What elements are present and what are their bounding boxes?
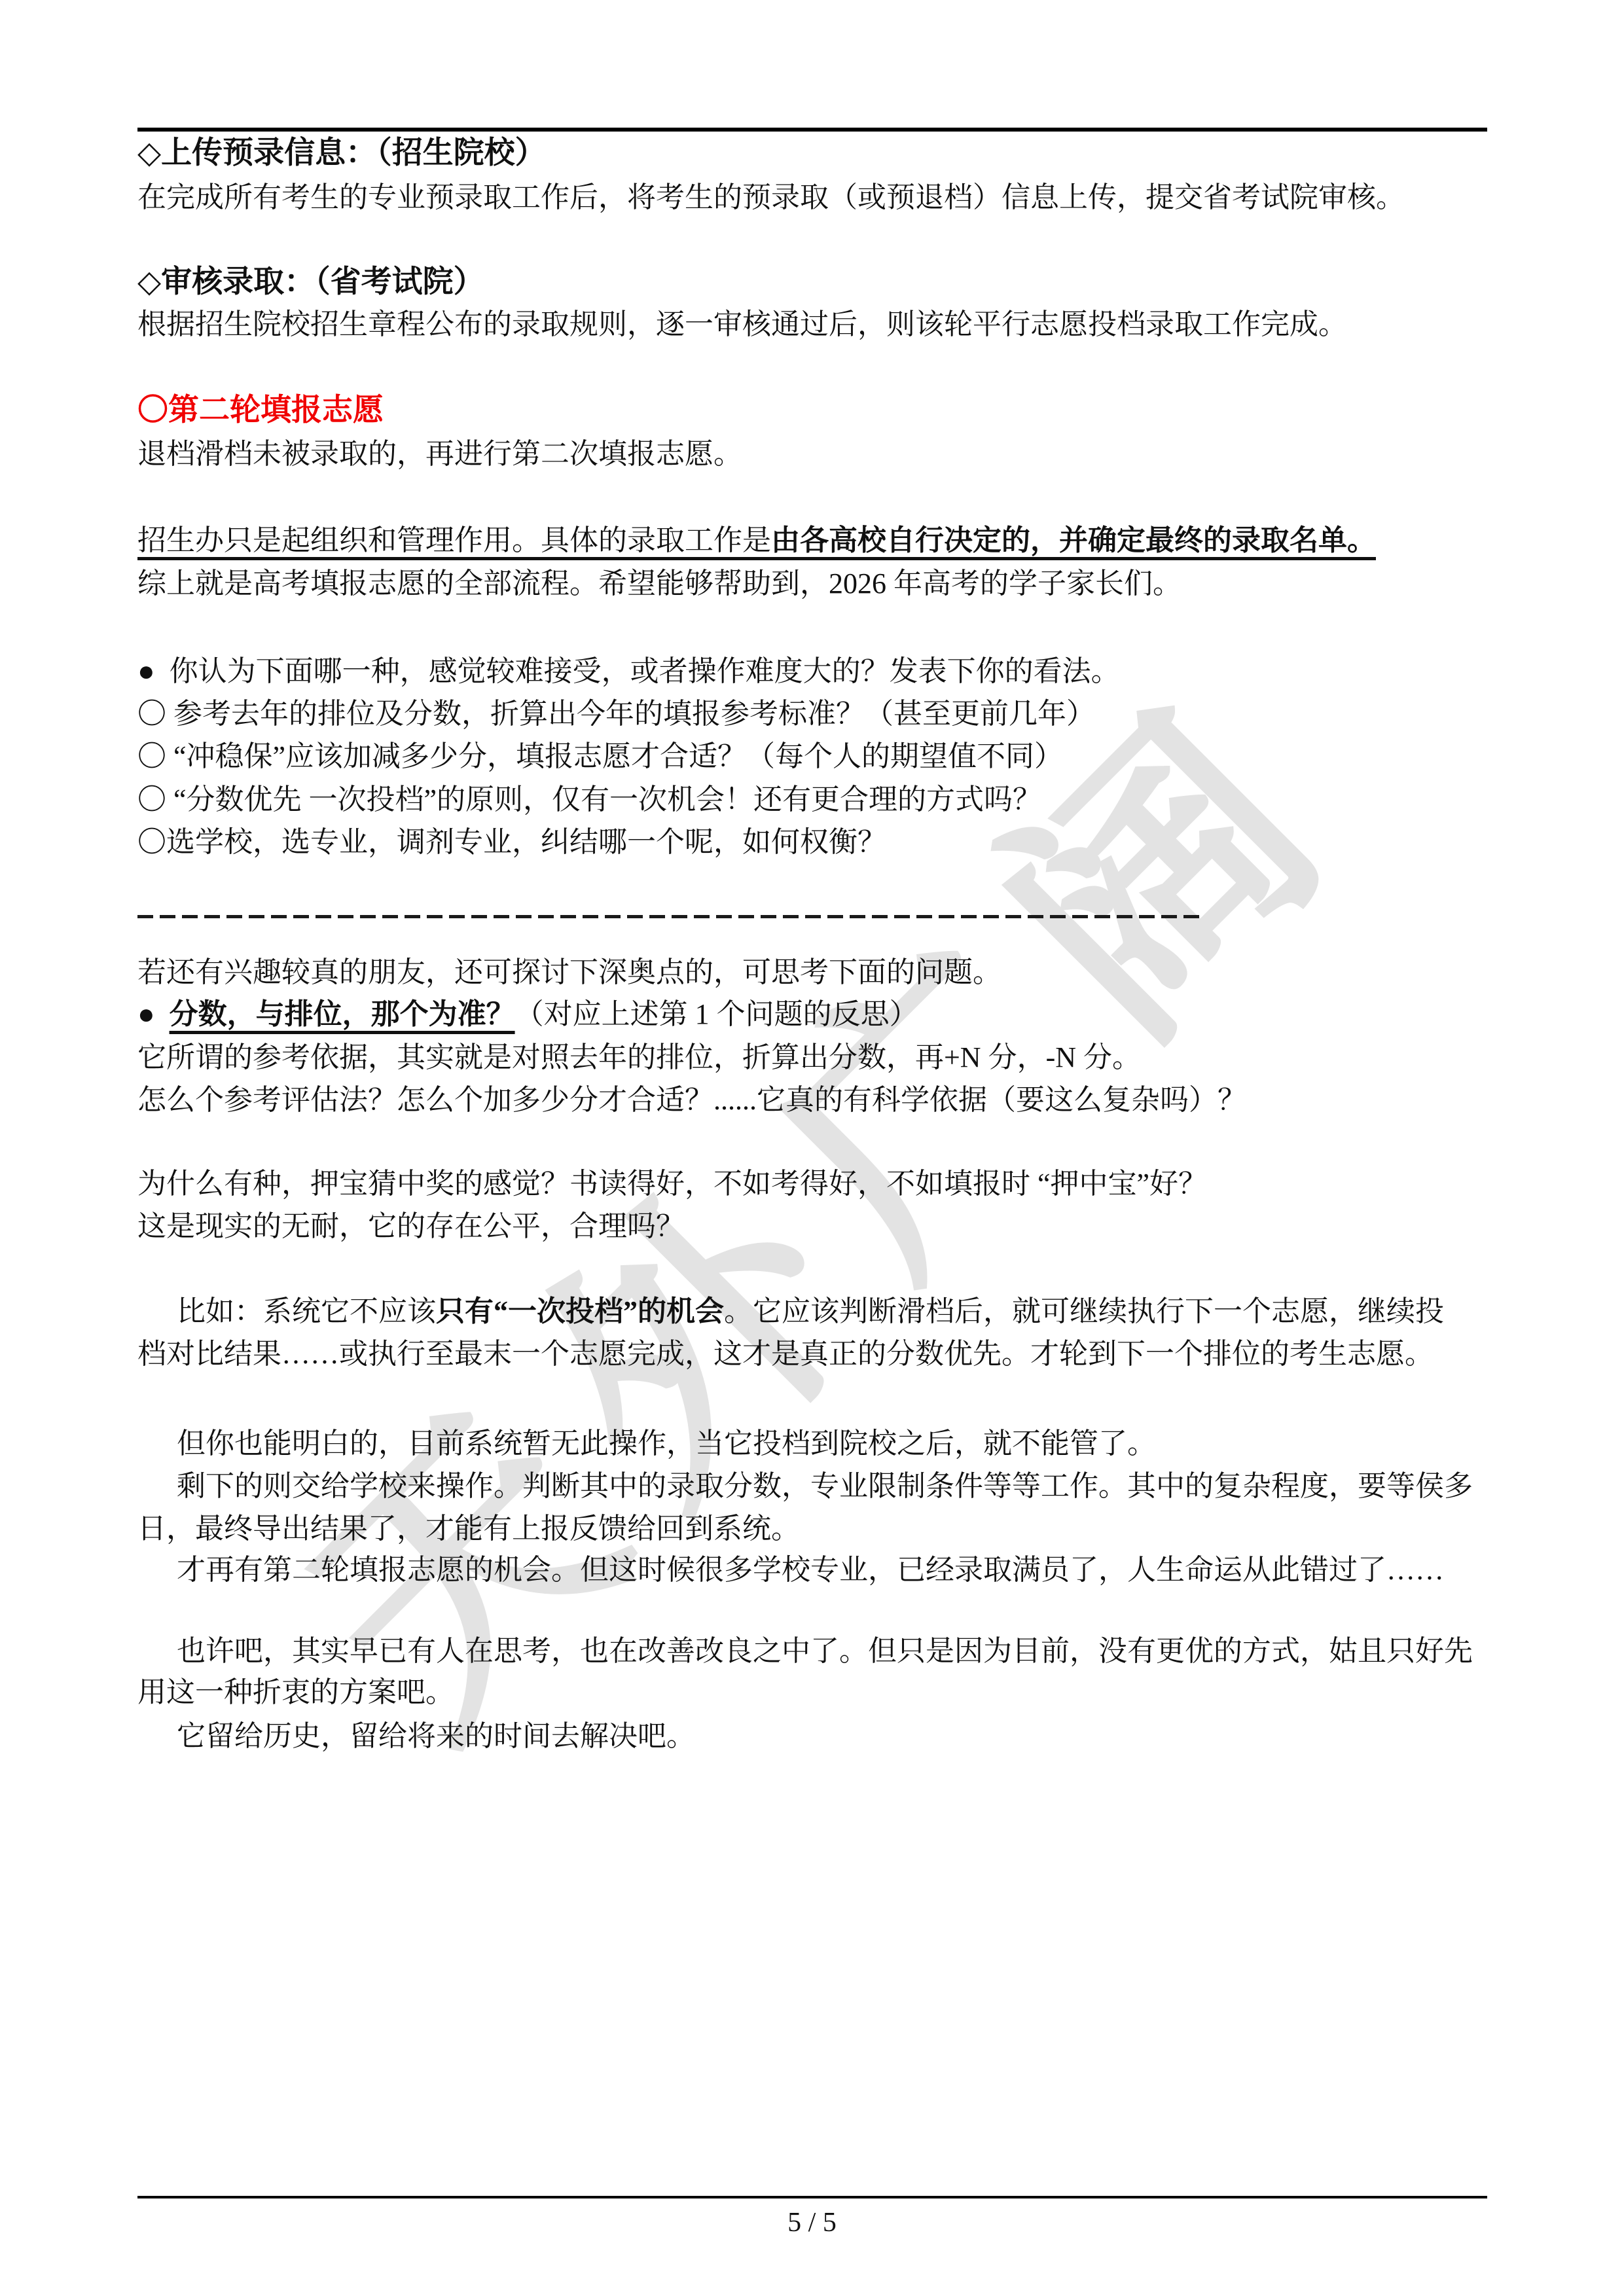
text-line: 用这一种折衷的方案吧。 bbox=[137, 1676, 454, 1710]
text-line: 怎么个参考评估法？怎么个加多少分才合适？......它真的有科学依据（要这么复杂… bbox=[137, 1083, 1246, 1118]
text-line: 为什么有种，押宝猜中奖的感觉？书读得好，不如考得好，不如填报时 “押中宝”好？ bbox=[137, 1167, 1207, 1202]
text-line: 它留给历史，留给将来的时间去解决吧。 bbox=[137, 1719, 695, 1754]
text-line: 比如：系统它不应该只有“一次投档”的机会。它应该判断滑档后，就可继续执行下一个志… bbox=[137, 1295, 1444, 1329]
section-heading-second-round: 〇第二轮填报志愿 bbox=[137, 391, 384, 428]
bullet-option: 〇 参考去年的排位及分数，折算出今年的填报参考标准？（甚至更前几年） bbox=[137, 697, 1095, 732]
text-line: 也许吧，其实早已有人在思考，也在改善改良之中了。但只是因为目前，没有更优的方式，… bbox=[137, 1634, 1473, 1669]
section-heading-upload: ◇上传预录信息：（招生院校） bbox=[137, 134, 546, 171]
text-line: 综上就是高考填报志愿的全部流程。希望能够帮助到，2026 年高考的学子家长们。 bbox=[137, 567, 1182, 601]
bullet-option: 〇选学校，选专业，调剂专业，纠结哪一个呢，如何权衡？ bbox=[137, 825, 886, 860]
text-line: 才再有第二轮填报志愿的机会。但这时候很多学校专业，已经录取满员了，人生命运从此错… bbox=[137, 1553, 1444, 1588]
text-line: 招生办只是起组织和管理作用。具体的录取工作是由各高校自行决定的，并确定最终的录取… bbox=[137, 524, 1376, 558]
text-line: 档对比结果……或执行至最末一个志愿完成，这才是真正的分数优先。才轮到下一个排位的… bbox=[137, 1337, 1434, 1372]
text-line: 在完成所有考生的专业预录取工作后，将考生的预录取（或预退档）信息上传，提交省考试… bbox=[137, 181, 1405, 215]
text-line: 剩下的则交给学校来操作。判断其中的录取分数，专业限制条件等等工作。其中的复杂程度… bbox=[137, 1469, 1473, 1504]
text-line: 但你也能明白的，目前系统暂无此操作，当它投档到院校之后，就不能管了。 bbox=[137, 1427, 1156, 1462]
text-line: 它所谓的参考依据，其实就是对照去年的排位，折算出分数，再+N 分，-N 分。 bbox=[137, 1041, 1141, 1075]
dashed-divider bbox=[137, 915, 1201, 918]
text-line: 根据招生院校招生章程公布的录取规则，逐一审核通过后，则该轮平行志愿投档录取工作完… bbox=[137, 308, 1347, 342]
bullet-question-main: ● 你认为下面哪一种，感觉较难接受，或者操作难度大的？发表下你的看法。 bbox=[137, 655, 1120, 689]
bullet-option: 〇 “分数优先 一次投档”的原则，仅有一次机会！还有更合理的方式吗？ bbox=[137, 783, 1041, 817]
document-page: 天外广阔 ◇上传预录信息：（招生院校）在完成所有考生的专业预录取工作后，将考生的… bbox=[0, 0, 1624, 2296]
section-heading-review: ◇审核录取：（省考试院） bbox=[137, 263, 484, 300]
bullet-question-reflection: ● 分数，与排位，那个为准？（对应上述第 1 个问题的反思） bbox=[137, 997, 918, 1032]
text-line: 退档滑档未被录取的，再进行第二次填报志愿。 bbox=[137, 437, 742, 472]
document-lines: ◇上传预录信息：（招生院校）在完成所有考生的专业预录取工作后，将考生的预录取（或… bbox=[0, 0, 1624, 2296]
bullet-option: 〇 “冲稳保”应该加减多少分，填报志愿才合适？（每个人的期望值不同） bbox=[137, 740, 1063, 774]
text-line: 日，最终导出结果了，才能有上报反馈给回到系统。 bbox=[137, 1512, 800, 1547]
text-line: 这是现实的无耐，它的存在公平，合理吗？ bbox=[137, 1210, 685, 1244]
text-line: 若还有兴趣较真的朋友，还可探讨下深奥点的，可思考下面的问题。 bbox=[137, 956, 1001, 990]
